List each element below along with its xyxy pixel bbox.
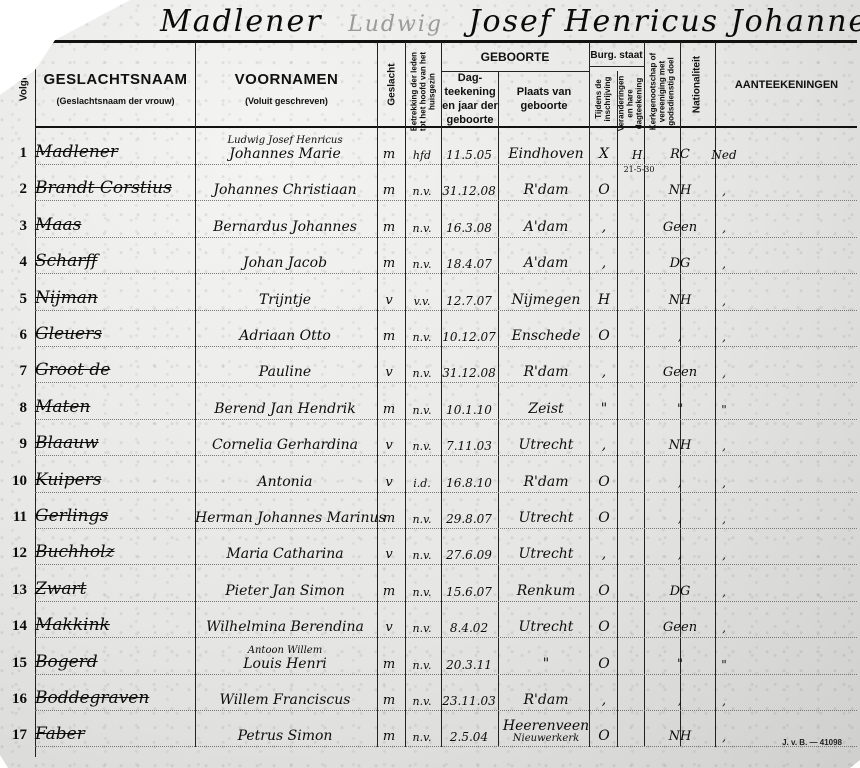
first-names-main: Pieter Jan Simon	[225, 583, 344, 599]
first-names-main: Berend Jan Hendrik	[214, 401, 356, 417]
header-geboorte: GEBOORTE	[441, 44, 589, 70]
birth-place-main: R'dam	[524, 474, 569, 490]
header-plaats: Plaats van geboorte	[499, 72, 589, 126]
surname: Maten	[35, 397, 193, 417]
header-burg-staat: Burg. staat	[589, 44, 644, 66]
first-names: Bernardus Johannes	[195, 219, 375, 235]
birth-place-main: A'dam	[524, 255, 569, 271]
religion: RC	[657, 147, 703, 162]
civil-status: ,	[587, 219, 621, 235]
birth-place-main: Heerenveen	[503, 718, 589, 734]
header-kerkgenootschap: Kerkgenootschap of vereeniging met godsd…	[649, 50, 676, 134]
sex: v	[375, 475, 403, 490]
religion: ,	[657, 329, 703, 344]
top-rule	[35, 40, 857, 43]
surname: Faber	[35, 724, 193, 744]
row-number: 12	[5, 545, 27, 562]
birth-place: A'dam	[497, 219, 595, 235]
birth-place-main: A'dam	[524, 219, 569, 235]
birth-place: Zeist	[497, 401, 595, 417]
birth-place: Eindhoven	[497, 146, 595, 162]
birth-date: 15.6.07	[441, 585, 497, 599]
sex: m	[375, 402, 403, 417]
civil-status: O	[587, 328, 621, 344]
burg-staat-rule	[589, 66, 644, 67]
header-nationaliteit: Nationaliteit	[693, 50, 702, 120]
row-number: 15	[5, 655, 27, 672]
sex: m	[375, 657, 403, 672]
birth-date: 31.12.08	[441, 184, 497, 198]
birth-place-main: Eindhoven	[508, 146, 583, 162]
row-number: 16	[5, 691, 27, 708]
title-struck-name: Ludwig	[348, 12, 443, 37]
row-number: 10	[5, 473, 27, 490]
birth-place: Utrecht	[497, 510, 595, 526]
first-names: Trijntje	[195, 292, 375, 308]
row-number: 2	[5, 181, 27, 198]
title-given-names: Josef Henricus Johannes Marie	[468, 4, 860, 39]
header-geslacht: Geslacht	[388, 50, 397, 120]
header-voornamen: VOORNAMEN (Voluit geschreven)	[196, 50, 377, 126]
row-number: 17	[5, 727, 27, 744]
row-number: 4	[5, 254, 27, 271]
religion: ,	[657, 693, 703, 708]
relation: n.v.	[403, 695, 441, 708]
sex: m	[375, 183, 403, 198]
voornamen-sublabel: (Voluit geschreven)	[245, 96, 328, 106]
religion: Geen	[657, 220, 703, 235]
nationality: ,	[703, 730, 745, 744]
relation: n.v.	[403, 731, 441, 744]
first-names-main: Johan Jacob	[243, 255, 327, 271]
surname: Maas	[35, 215, 193, 235]
birth-place-main: R'dam	[524, 692, 569, 708]
birth-place-main: Utrecht	[519, 510, 574, 526]
religion: ,	[657, 511, 703, 526]
surname: Kuipers	[35, 470, 193, 490]
religion: ,	[657, 547, 703, 562]
header-volgnummer: Volgnu	[20, 59, 29, 111]
birth-date: 20.3.11	[441, 658, 497, 672]
table-row: 6 Gleuers Adriaan Otto m n.v. 10.12.07 E…	[35, 310, 857, 347]
birth-place: Utrecht	[497, 546, 595, 562]
surname: Gerlings	[35, 506, 193, 526]
religion: "	[657, 657, 703, 672]
relation: n.v.	[403, 222, 441, 235]
table-row: 8 Maten Berend Jan Hendrik m n.v. 10.1.1…	[35, 383, 857, 420]
birth-date: 16.8.10	[441, 476, 497, 490]
surname: Boddegraven	[35, 688, 193, 708]
sex: m	[375, 584, 403, 599]
birth-date: 12.7.07	[441, 294, 497, 308]
header-veranderingen: Veranderingen en hare dagteekening	[617, 74, 644, 134]
religion: NH	[657, 438, 703, 453]
first-names: Maria Catharina	[195, 546, 375, 562]
nationality: ,	[703, 476, 745, 490]
first-names-main: Johannes Marie	[229, 146, 341, 162]
first-names: Adriaan Otto	[195, 328, 375, 344]
birth-place-extra: Nieuwerkerk	[497, 734, 595, 744]
sex: m	[375, 220, 403, 235]
birth-place: Enschede	[497, 328, 595, 344]
religion: NH	[657, 293, 703, 308]
first-names-extra: Ludwig Josef Henricus	[195, 135, 375, 146]
first-names: Johan Jacob	[195, 255, 375, 271]
birth-place: R'dam	[497, 692, 595, 708]
handwritten-title: Madlener Ludwig Josef Henricus Johannes …	[160, 4, 850, 40]
birth-place-main: Enschede	[512, 328, 581, 344]
nationality: ,	[703, 439, 745, 453]
relation: v.v.	[403, 295, 441, 308]
nationality: ,	[703, 585, 745, 599]
first-names-main: Wilhelmina Berendina	[206, 619, 364, 635]
relation: n.v.	[403, 185, 441, 198]
surname: Blaauw	[35, 433, 193, 453]
birth-place: R'dam	[497, 364, 595, 380]
surname: Zwart	[35, 579, 193, 599]
relation: i.d.	[403, 477, 441, 490]
birth-date: 8.4.02	[441, 621, 497, 635]
birth-place-main: Utrecht	[519, 619, 574, 635]
civil-status: O	[587, 510, 621, 526]
civil-status-change: H.21-5-30	[621, 148, 657, 162]
first-names-main: Adriaan Otto	[239, 328, 331, 344]
relation: n.v.	[403, 586, 441, 599]
sex: m	[375, 511, 403, 526]
birth-date: 27.6.09	[441, 548, 497, 562]
nationality: Ned	[703, 148, 745, 162]
sex: m	[375, 329, 403, 344]
first-names: Willem Franciscus	[195, 692, 375, 708]
birth-place-main: Renkum	[517, 583, 576, 599]
first-names-main: Maria Catharina	[226, 546, 343, 562]
civil-status: "	[587, 401, 621, 417]
birth-place: "	[497, 656, 595, 672]
birth-place: Utrecht	[497, 437, 595, 453]
nationality: ,	[703, 548, 745, 562]
sex: v	[375, 620, 403, 635]
religion: NH	[657, 183, 703, 198]
nationality: ,	[703, 221, 745, 235]
relation: n.v.	[403, 440, 441, 453]
civil-status: O	[587, 656, 621, 672]
birth-date: 16.3.08	[441, 221, 497, 235]
geslachtsnaam-sublabel: (Geslachtsnaam der vrouw)	[56, 96, 174, 106]
surname: Nijman	[35, 288, 193, 308]
birth-place: Utrecht	[497, 619, 595, 635]
register-card: Madlener Ludwig Josef Henricus Johannes …	[0, 0, 860, 768]
birth-date: 31.12.08	[441, 366, 497, 380]
sex: m	[375, 256, 403, 271]
birth-date: 10.1.10	[441, 403, 497, 417]
first-names: Antoon WillemLouis Henri	[195, 645, 375, 672]
header-aanteekeningen: AANTEEKENINGEN	[716, 44, 857, 126]
surname: Buchholz	[35, 542, 193, 562]
surname: Scharff	[35, 251, 193, 271]
row-number: 6	[5, 327, 27, 344]
sex: m	[375, 693, 403, 708]
civil-status: X	[587, 146, 621, 162]
birth-date: 10.12.07	[441, 330, 497, 344]
surname: Gleuers	[35, 324, 193, 344]
birth-place: R'dam	[497, 182, 595, 198]
civil-status: O	[587, 728, 621, 744]
first-names-main: Trijntje	[259, 292, 311, 308]
first-names: Wilhelmina Berendina	[195, 619, 375, 635]
first-names-main: Cornelia Gerhardina	[212, 437, 358, 453]
header-geslachtsnaam: GESLACHTSNAAM (Geslachtsnaam der vrouw)	[36, 50, 195, 126]
nationality: ,	[703, 621, 745, 635]
row-number: 3	[5, 218, 27, 235]
sex: m	[375, 147, 403, 162]
header-betrekking: Betrekking der leden tot het hoofd van h…	[410, 52, 437, 132]
row-number: 7	[5, 363, 27, 380]
row-number: 14	[5, 618, 27, 635]
nationality: "	[703, 658, 745, 672]
civil-change-value: H.	[632, 148, 646, 162]
birth-place-main: Nijmegen	[512, 292, 581, 308]
surname: Madlener	[35, 142, 193, 162]
birth-date: 29.8.07	[441, 512, 497, 526]
religion: DG	[657, 256, 703, 271]
row-number: 1	[5, 145, 27, 162]
table-row: 4 Scharff Johan Jacob m n.v. 18.4.07 A'd…	[35, 237, 857, 274]
header-tijdens: Tijdens de inschrijving	[594, 69, 612, 129]
civil-status: ,	[587, 437, 621, 453]
header-dagteekening: Dag- teekening en jaar der geboorte	[442, 72, 498, 126]
birth-date: 2.5.04	[441, 730, 497, 744]
first-names-main: Pauline	[259, 364, 311, 380]
relation: n.v.	[403, 404, 441, 417]
birth-place: A'dam	[497, 255, 595, 271]
birth-place-main: Utrecht	[519, 437, 574, 453]
surname: Groot de	[35, 360, 193, 380]
first-names: Johannes Christiaan	[195, 182, 375, 198]
birth-place: Renkum	[497, 583, 595, 599]
birth-date: 7.11.03	[441, 439, 497, 453]
surname: Bogerd	[35, 652, 193, 672]
first-names-main: Johannes Christiaan	[213, 182, 356, 198]
row-number: 11	[5, 509, 27, 526]
table-row: 15 Bogerd Antoon WillemLouis Henri m n.v…	[35, 638, 857, 675]
first-names: Petrus Simon	[195, 728, 375, 744]
nationality: ,	[703, 184, 745, 198]
first-names-main: Willem Franciscus	[220, 692, 351, 708]
table-row: 16 Boddegraven Willem Franciscus m n.v. …	[35, 674, 857, 711]
religion: DG	[657, 584, 703, 599]
nationality: ,	[703, 366, 745, 380]
table-row: 12 Buchholz Maria Catharina v n.v. 27.6.…	[35, 528, 857, 565]
table-row: 2 Brandt Corstius Johannes Christiaan m …	[35, 164, 857, 201]
sex: v	[375, 365, 403, 380]
relation: n.v.	[403, 659, 441, 672]
table-row: 11 Gerlings Herman Johannes Marinus m n.…	[35, 492, 857, 529]
religion: "	[657, 402, 703, 417]
relation: n.v.	[403, 549, 441, 562]
nationality: ,	[703, 330, 745, 344]
birth-place-main: Zeist	[528, 401, 563, 417]
first-names-main: Herman Johannes Marinus	[195, 510, 386, 526]
row-number: 5	[5, 291, 27, 308]
first-names-main: Louis Henri	[243, 656, 327, 672]
religion: Geen	[657, 365, 703, 380]
relation: hfd	[403, 149, 441, 162]
nationality: ,	[703, 294, 745, 308]
table-row: 9 Blaauw Cornelia Gerhardina v n.v. 7.11…	[35, 419, 857, 456]
religion: NH	[657, 729, 703, 744]
sex: v	[375, 547, 403, 562]
first-names-main: Antonia	[257, 474, 312, 490]
birth-place: Nijmegen	[497, 292, 595, 308]
relation: n.v.	[403, 258, 441, 271]
table-row: 7 Groot de Pauline v n.v. 31.12.08 R'dam…	[35, 346, 857, 383]
birth-place: R'dam	[497, 474, 595, 490]
religion: ,	[657, 475, 703, 490]
first-names: Cornelia Gerhardina	[195, 437, 375, 453]
table-row: 5 Nijman Trijntje v v.v. 12.7.07 Nijmege…	[35, 274, 857, 311]
birth-place: HeerenveenNieuwerkerk	[497, 718, 595, 744]
first-names: Antonia	[195, 474, 375, 490]
nationality: ,	[703, 257, 745, 271]
civil-status: O	[587, 182, 621, 198]
table-row: 13 Zwart Pieter Jan Simon m n.v. 15.6.07…	[35, 565, 857, 602]
first-names: Pieter Jan Simon	[195, 583, 375, 599]
civil-status: O	[587, 583, 621, 599]
table-row: 1 Madlener Ludwig Josef HenricusJohannes…	[35, 128, 857, 165]
table-row: 10 Kuipers Antonia v i.d. 16.8.10 R'dam …	[35, 456, 857, 493]
first-names: Berend Jan Hendrik	[195, 401, 375, 417]
title-surname: Madlener	[160, 4, 323, 39]
birth-date: 18.4.07	[441, 257, 497, 271]
first-names: Herman Johannes Marinus	[195, 510, 375, 526]
relation: n.v.	[403, 513, 441, 526]
civil-status: O	[587, 474, 621, 490]
religion: Geen	[657, 620, 703, 635]
birth-place-main: Utrecht	[519, 546, 574, 562]
surname: Brandt Corstius	[35, 178, 193, 198]
sex: m	[375, 729, 403, 744]
birth-date: 23.11.03	[441, 694, 497, 708]
birth-place-main: "	[543, 656, 549, 672]
table-row: 17 Faber Petrus Simon m n.v. 2.5.04 Heer…	[35, 710, 857, 747]
row-number: 8	[5, 400, 27, 417]
civil-status: O	[587, 619, 621, 635]
nationality: "	[703, 403, 745, 417]
voornamen-label: VOORNAMEN	[235, 71, 339, 88]
nationality: ,	[703, 512, 745, 526]
printer-mark: J. v. B. — 41098	[782, 738, 842, 747]
table-row: 3 Maas Bernardus Johannes m n.v. 16.3.08…	[35, 201, 857, 238]
civil-status: ,	[587, 692, 621, 708]
first-names: Pauline	[195, 364, 375, 380]
first-names: Ludwig Josef HenricusJohannes Marie	[195, 135, 375, 162]
surname: Makkink	[35, 615, 193, 635]
first-names-extra: Antoon Willem	[195, 645, 375, 656]
civil-status: ,	[587, 364, 621, 380]
row-number: 9	[5, 436, 27, 453]
first-names-main: Petrus Simon	[238, 728, 333, 744]
first-names-main: Bernardus Johannes	[213, 219, 357, 235]
geslachtsnaam-label: GESLACHTSNAAM	[44, 71, 188, 88]
sex: v	[375, 293, 403, 308]
birth-date: 11.5.05	[441, 148, 497, 162]
nationality: ,	[703, 694, 745, 708]
birth-place-main: R'dam	[524, 182, 569, 198]
sex: v	[375, 438, 403, 453]
civil-status: H	[587, 292, 621, 308]
table-row: 14 Makkink Wilhelmina Berendina v n.v. 8…	[35, 601, 857, 638]
row-number: 13	[5, 582, 27, 599]
relation: n.v.	[403, 622, 441, 635]
relation: n.v.	[403, 367, 441, 380]
relation: n.v.	[403, 331, 441, 344]
birth-place-main: R'dam	[524, 364, 569, 380]
civil-status: ,	[587, 255, 621, 271]
civil-status: ,	[587, 546, 621, 562]
